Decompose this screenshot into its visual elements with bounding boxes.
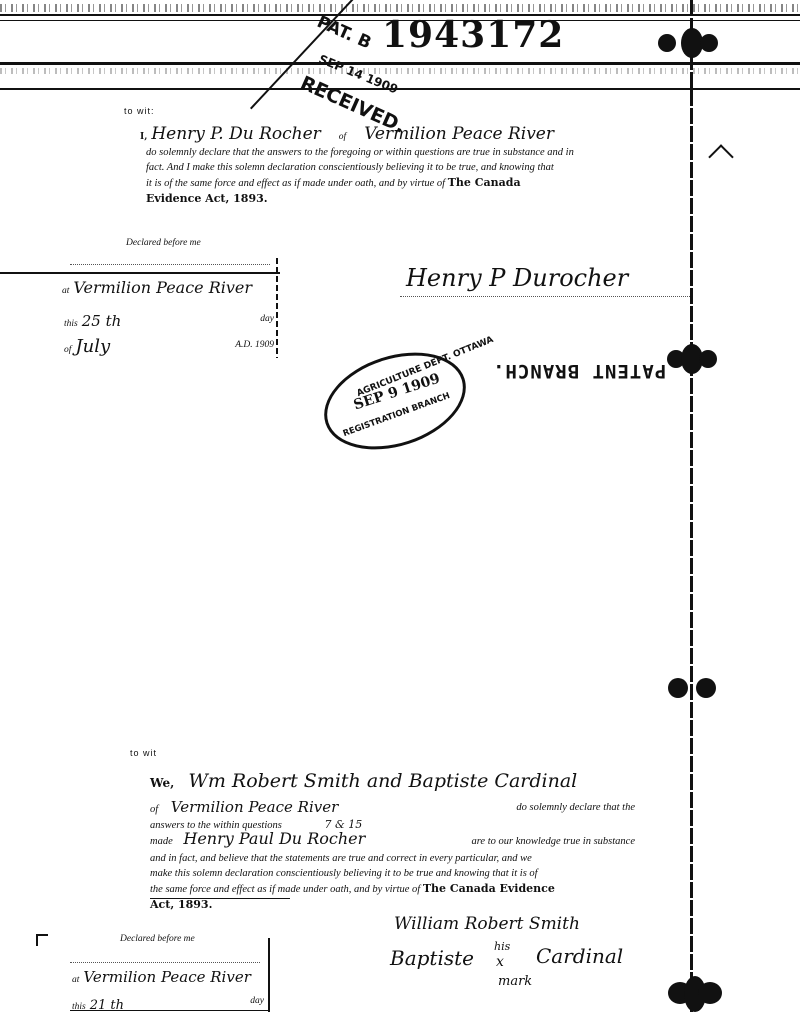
box-divider xyxy=(268,938,270,1012)
declared-before-label: Declared before me xyxy=(126,238,201,248)
binder-clip-icon xyxy=(668,976,724,1012)
place-value: Vermilion Peace River xyxy=(171,798,338,816)
patent-number: 1943172 xyxy=(382,14,564,56)
declaration-line: made Henry Paul Du Rocher are to our kno… xyxy=(150,831,635,851)
declarant-line: I, Henry P. Du Rocher of Vermilion Peace… xyxy=(140,124,660,144)
box-divider xyxy=(276,258,278,358)
witness-signature-2: Baptiste his x Cardinal mark xyxy=(390,940,670,1000)
commissioner-signature-line xyxy=(70,264,270,265)
day-label: day xyxy=(260,314,274,324)
row-rule xyxy=(70,1010,270,1011)
header-rule xyxy=(0,88,800,90)
declarants-line: We, Wm Robert Smith and Baptiste Cardina… xyxy=(150,770,680,792)
declarant-place: Vermilion Peace River xyxy=(364,124,554,144)
patent-branch-stamp: PATENT BRANCH. xyxy=(492,360,666,382)
witness-signature-1: William Robert Smith xyxy=(394,914,580,934)
act-title: The Canada Evidence xyxy=(423,882,555,895)
scan-noise xyxy=(0,4,800,12)
binder-margin-line xyxy=(690,0,693,1012)
act-title: Evidence Act, 1893. xyxy=(146,191,646,206)
header-rule xyxy=(0,62,800,65)
at-row: at Vermilion Peace River xyxy=(62,278,252,298)
to-wit-label: to wit xyxy=(130,748,157,758)
declaration-line: make this solemn declaration conscientio… xyxy=(150,866,635,881)
declaration-body: do solemnly declare that the answers to … xyxy=(146,145,646,206)
binder-clip-icon xyxy=(672,26,712,60)
this-label: this xyxy=(64,319,78,329)
made-by-value: Henry Paul Du Rocher xyxy=(183,829,365,848)
declaration-line: do solemnly declare that the answers to … xyxy=(146,145,646,160)
declaration-line: of Vermilion Peace River do solemnly dec… xyxy=(150,800,635,817)
at-row: at Vermilion Peace River xyxy=(72,968,251,987)
month-row: of July A.D. 1909 xyxy=(64,336,274,357)
month-value: July xyxy=(75,336,110,357)
declaration-line: fact. And I make this solemn declaration… xyxy=(146,160,646,175)
binder-clip-icon xyxy=(672,342,712,376)
of-label: of xyxy=(339,132,346,142)
at-label: at xyxy=(72,975,79,985)
act-title: Act, 1893. xyxy=(150,897,635,912)
declarant-signature: Henry P Durocher xyxy=(406,264,628,292)
this-value: 25 th xyxy=(82,312,122,330)
binder-clip-icon xyxy=(668,676,716,706)
commissioner-signature-line xyxy=(70,962,260,963)
at-label: at xyxy=(62,286,69,296)
declaration-line: it is of the same force and effect as if… xyxy=(146,175,646,191)
ad-year: A.D. 1909 xyxy=(235,340,274,350)
act-title: The Canada xyxy=(448,176,521,189)
corner-mark-icon xyxy=(36,934,48,946)
scan-noise xyxy=(0,68,800,74)
declarants-names: Wm Robert Smith and Baptiste Cardinal xyxy=(188,770,577,792)
this-row: this 25 th day xyxy=(64,312,274,331)
section-rule xyxy=(0,272,280,274)
to-wit-label: to wit: xyxy=(124,106,155,116)
day-label: day xyxy=(250,996,264,1006)
declaration-line: and in fact, and believe that the statem… xyxy=(150,851,635,866)
we-label: We, xyxy=(150,776,174,790)
declared-before-label: Declared before me xyxy=(120,934,195,944)
underline-rule xyxy=(150,898,290,899)
signature-line xyxy=(400,296,690,297)
declarant-name: Henry P. Du Rocher xyxy=(151,124,320,144)
declaration-two-body: of Vermilion Peace River do solemnly dec… xyxy=(150,800,635,912)
caret-mark-icon xyxy=(708,144,733,169)
of-label: of xyxy=(64,345,71,355)
at-value: Vermilion Peace River xyxy=(83,968,250,986)
at-value: Vermilion Peace River xyxy=(73,278,252,297)
declaration-line: the same force and effect as if made und… xyxy=(150,881,635,897)
